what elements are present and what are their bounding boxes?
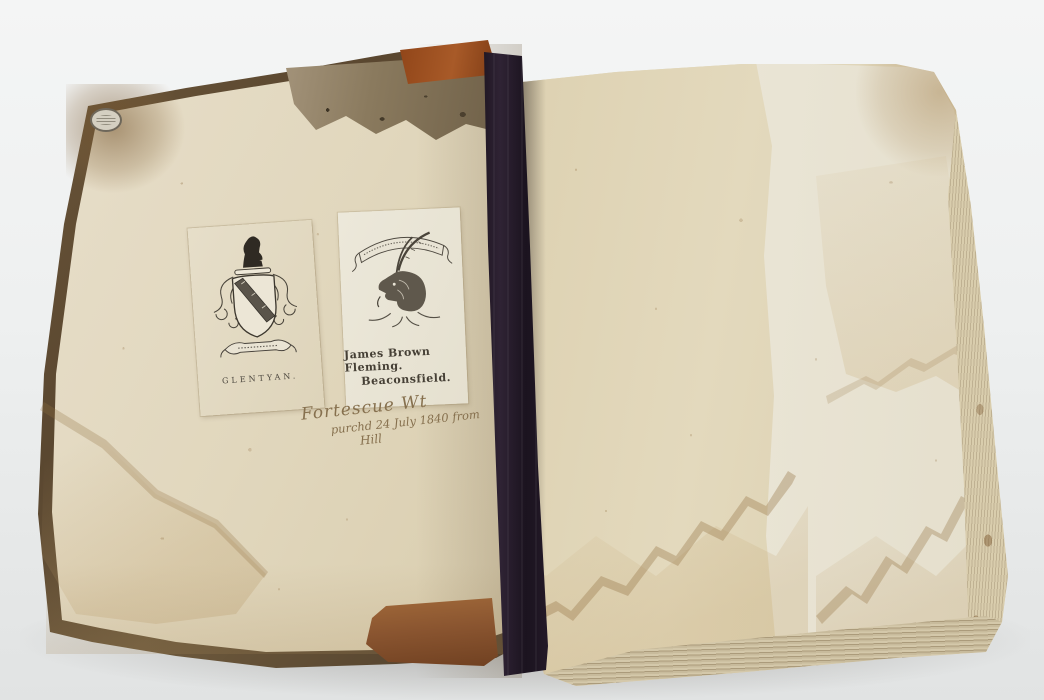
- bookplate-fleming: James Brown Fleming. Beaconsfield.: [338, 207, 468, 408]
- bookplate-owner-place: Beaconsfield.: [361, 371, 451, 388]
- bookseller-ticket: [90, 108, 122, 132]
- foxing-spots: [516, 56, 1016, 688]
- goat-head-crest-engraving: [346, 216, 457, 347]
- armorial-crest-engraving: [198, 227, 312, 376]
- bookplate-armorial: GLENTYAN.: [188, 220, 325, 416]
- endpapers-text-block: [516, 56, 1016, 688]
- photo-backdrop: GLENTYAN.: [0, 0, 1044, 700]
- bookplate-owner-name: James Brown Fleming.: [344, 343, 467, 374]
- inside-front-cover: GLENTYAN.: [36, 44, 522, 678]
